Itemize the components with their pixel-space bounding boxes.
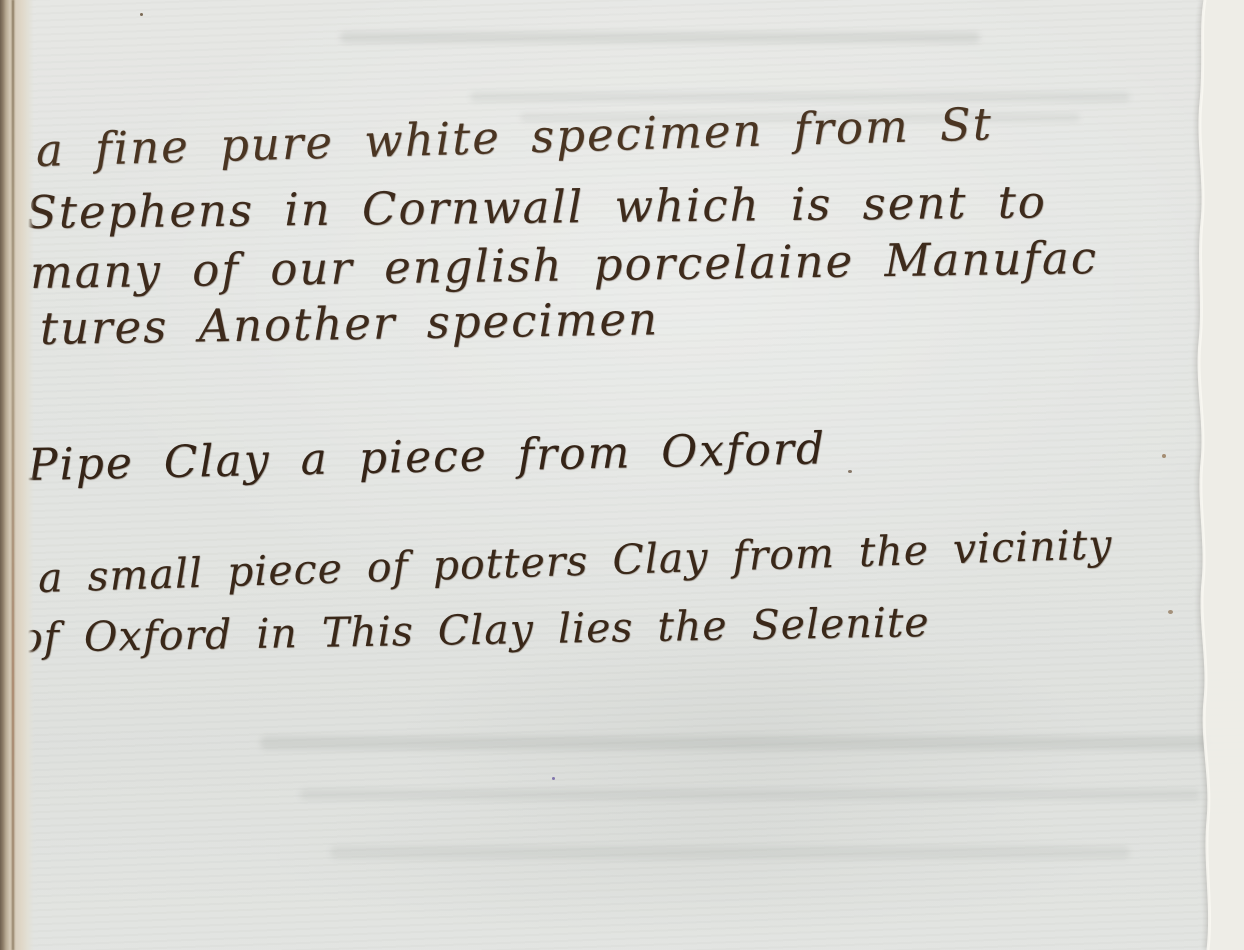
foxing-spot	[1162, 454, 1166, 458]
ink-speck	[552, 777, 555, 780]
show-through-smudge	[260, 736, 1210, 750]
manuscript-page: a fine pure white specimen from St Steph…	[0, 0, 1244, 950]
ink-speck	[140, 13, 143, 16]
handwritten-line: of Oxford in This Clay lies the Selenite	[18, 598, 930, 662]
handwritten-line: a small piece of potters Clay from the v…	[37, 520, 1113, 602]
binding-gutter	[0, 0, 34, 950]
handwritten-line: tures Another specimen	[40, 292, 660, 355]
show-through-smudge	[340, 32, 980, 43]
handwritten-line: many of our english porcelaine Manufac	[30, 231, 1099, 299]
show-through-smudge	[330, 846, 1130, 859]
foxing-spot	[1168, 610, 1173, 614]
torn-page-edge	[1188, 0, 1244, 950]
show-through-smudge	[300, 789, 1200, 800]
show-through-smudge	[470, 92, 1130, 102]
gutter-crease-line	[12, 0, 14, 950]
handwritten-line: Pipe Clay a piece from Oxford	[27, 423, 826, 491]
handwritten-line: Stephens in Cornwall which is sent to	[26, 175, 1047, 239]
handwritten-line: a fine pure white specimen from St	[35, 97, 993, 177]
ink-speck	[848, 470, 852, 473]
